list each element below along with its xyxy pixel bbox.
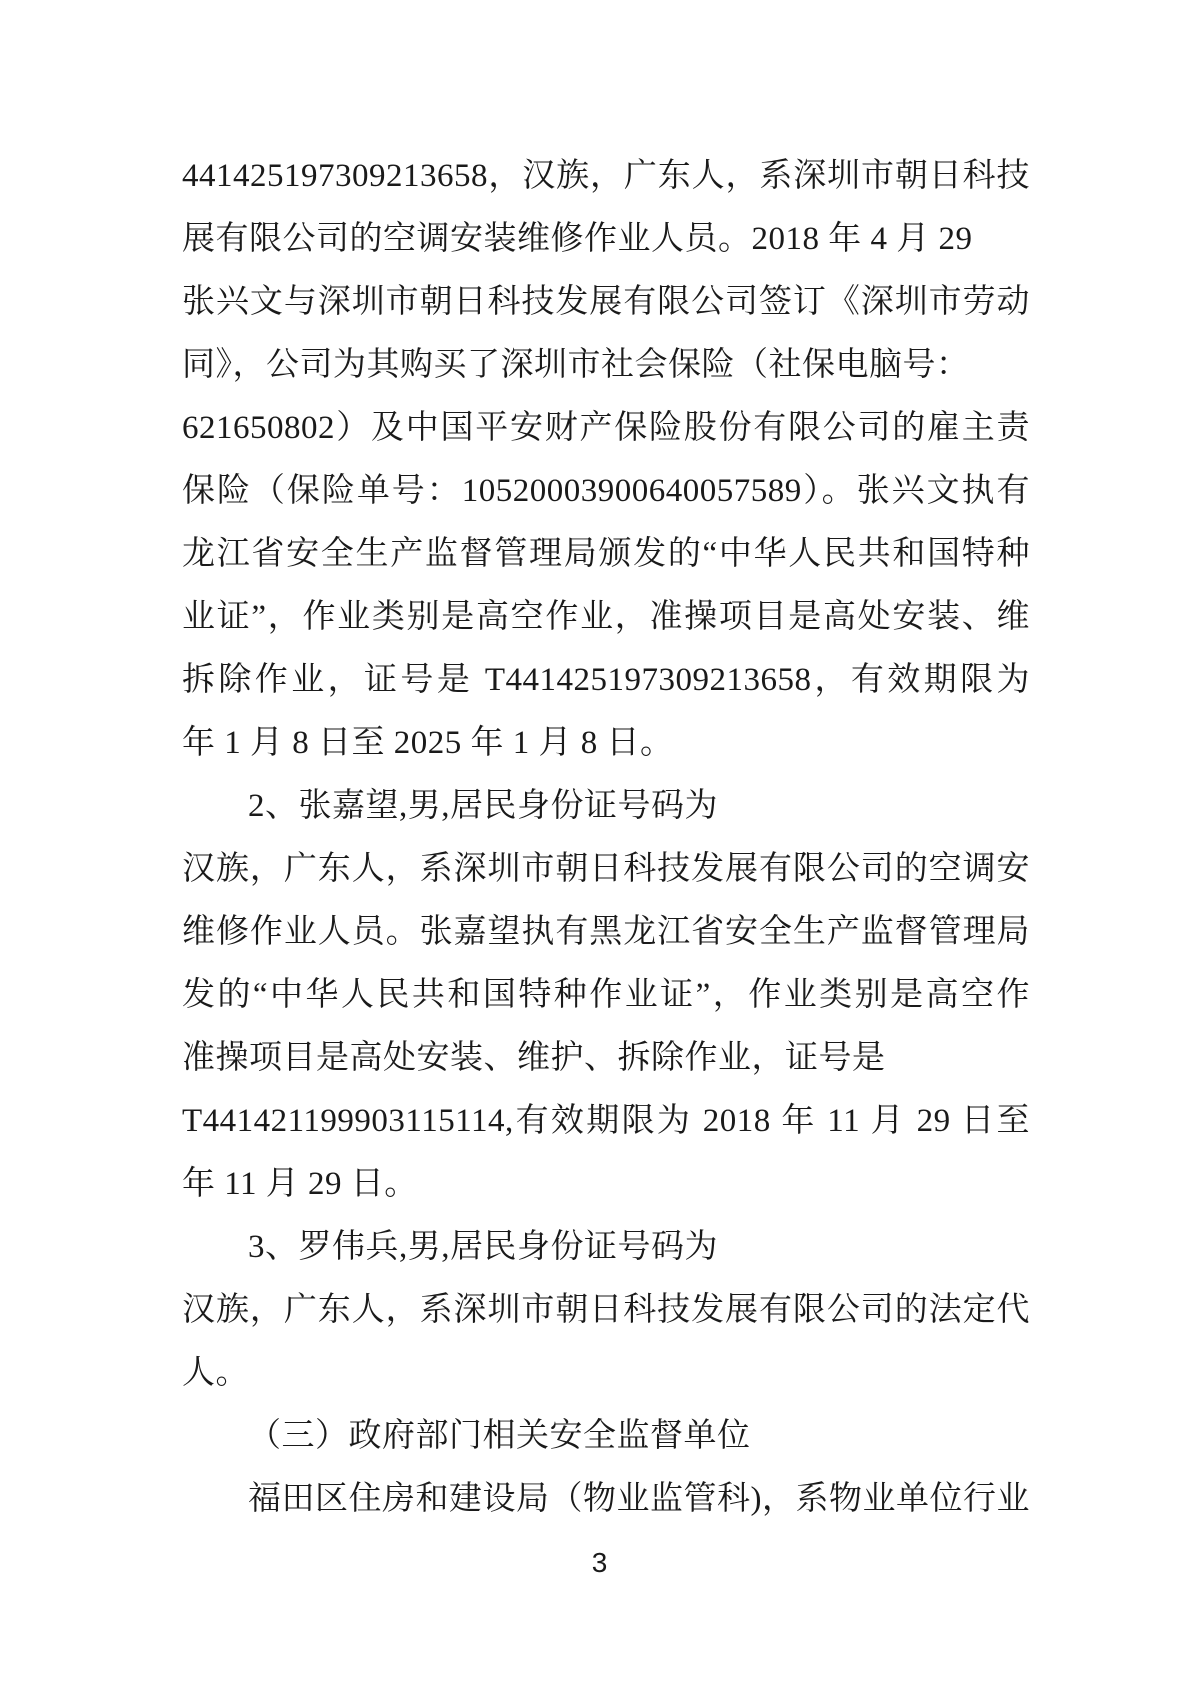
text-line: 准操项目是高处安装、维护、拆除作业，证号是 — [182, 1027, 1030, 1090]
text-line: 福田区住房和建设局（物业监管科)，系物业单位行业 — [182, 1468, 1030, 1531]
text-line: 年 1 月 8 日至 2025 年 1 月 8 日。 — [182, 712, 1030, 775]
text-line: 保险（保险单号：10520003900640057589）。张兴文执有黑 — [182, 460, 1030, 523]
text-line: 2、张嘉望,男,居民身份证号码为 441421199903115114， — [182, 775, 1030, 838]
text-line: 龙江省安全生产监督管理局颁发的“中华人民共和国特种作 — [182, 523, 1030, 586]
text-line: 业证”，作业类别是高空作业，准操项目是高处安装、维护、 — [182, 586, 1030, 649]
text-line: 人。 — [182, 1342, 1030, 1405]
page-number: 3 — [0, 1545, 1199, 1581]
text-line: 汉族，广东人，系深圳市朝日科技发展有限公司的空调安装 — [182, 838, 1030, 901]
document-body: 441425197309213658，汉族，广东人，系深圳市朝日科技发 展有限公… — [182, 145, 1030, 1531]
document-page: 441425197309213658，汉族，广东人，系深圳市朝日科技发 展有限公… — [0, 0, 1199, 1696]
text-line: 3、罗伟兵,男,居民身份证号码为 441425196606063612， — [182, 1216, 1030, 1279]
text-line: 年 11 月 29 日。 — [182, 1153, 1030, 1216]
text-line: 发的“中华人民共和国特种作业证”，作业类别是高空作业， — [182, 964, 1030, 1027]
text-line: 展有限公司的空调安装维修作业人员。2018 年 4 月 29 日， — [182, 208, 1030, 271]
text-line: 621650802）及中国平安财产保险股份有限公司的雇主责任 — [182, 397, 1030, 460]
text-line: 张兴文与深圳市朝日科技发展有限公司签订《深圳市劳动合 — [182, 271, 1030, 334]
text-line: 441425197309213658，汉族，广东人，系深圳市朝日科技发 — [182, 145, 1030, 208]
text-line: 同》，公司为其购买了深圳市社会保险（社保电脑号： — [182, 334, 1030, 397]
text-line: （三）政府部门相关安全监督单位 — [182, 1405, 1030, 1468]
text-line: T441421199903115114,有效期限为 2018 年 11 月 29… — [182, 1090, 1030, 1153]
text-line: 汉族，广东人，系深圳市朝日科技发展有限公司的法定代表 — [182, 1279, 1030, 1342]
text-line: 维修作业人员。张嘉望执有黑龙江省安全生产监督管理局颁 — [182, 901, 1030, 964]
text-line: 拆除作业，证号是 T441425197309213658，有效期限为 2019 — [182, 649, 1030, 712]
